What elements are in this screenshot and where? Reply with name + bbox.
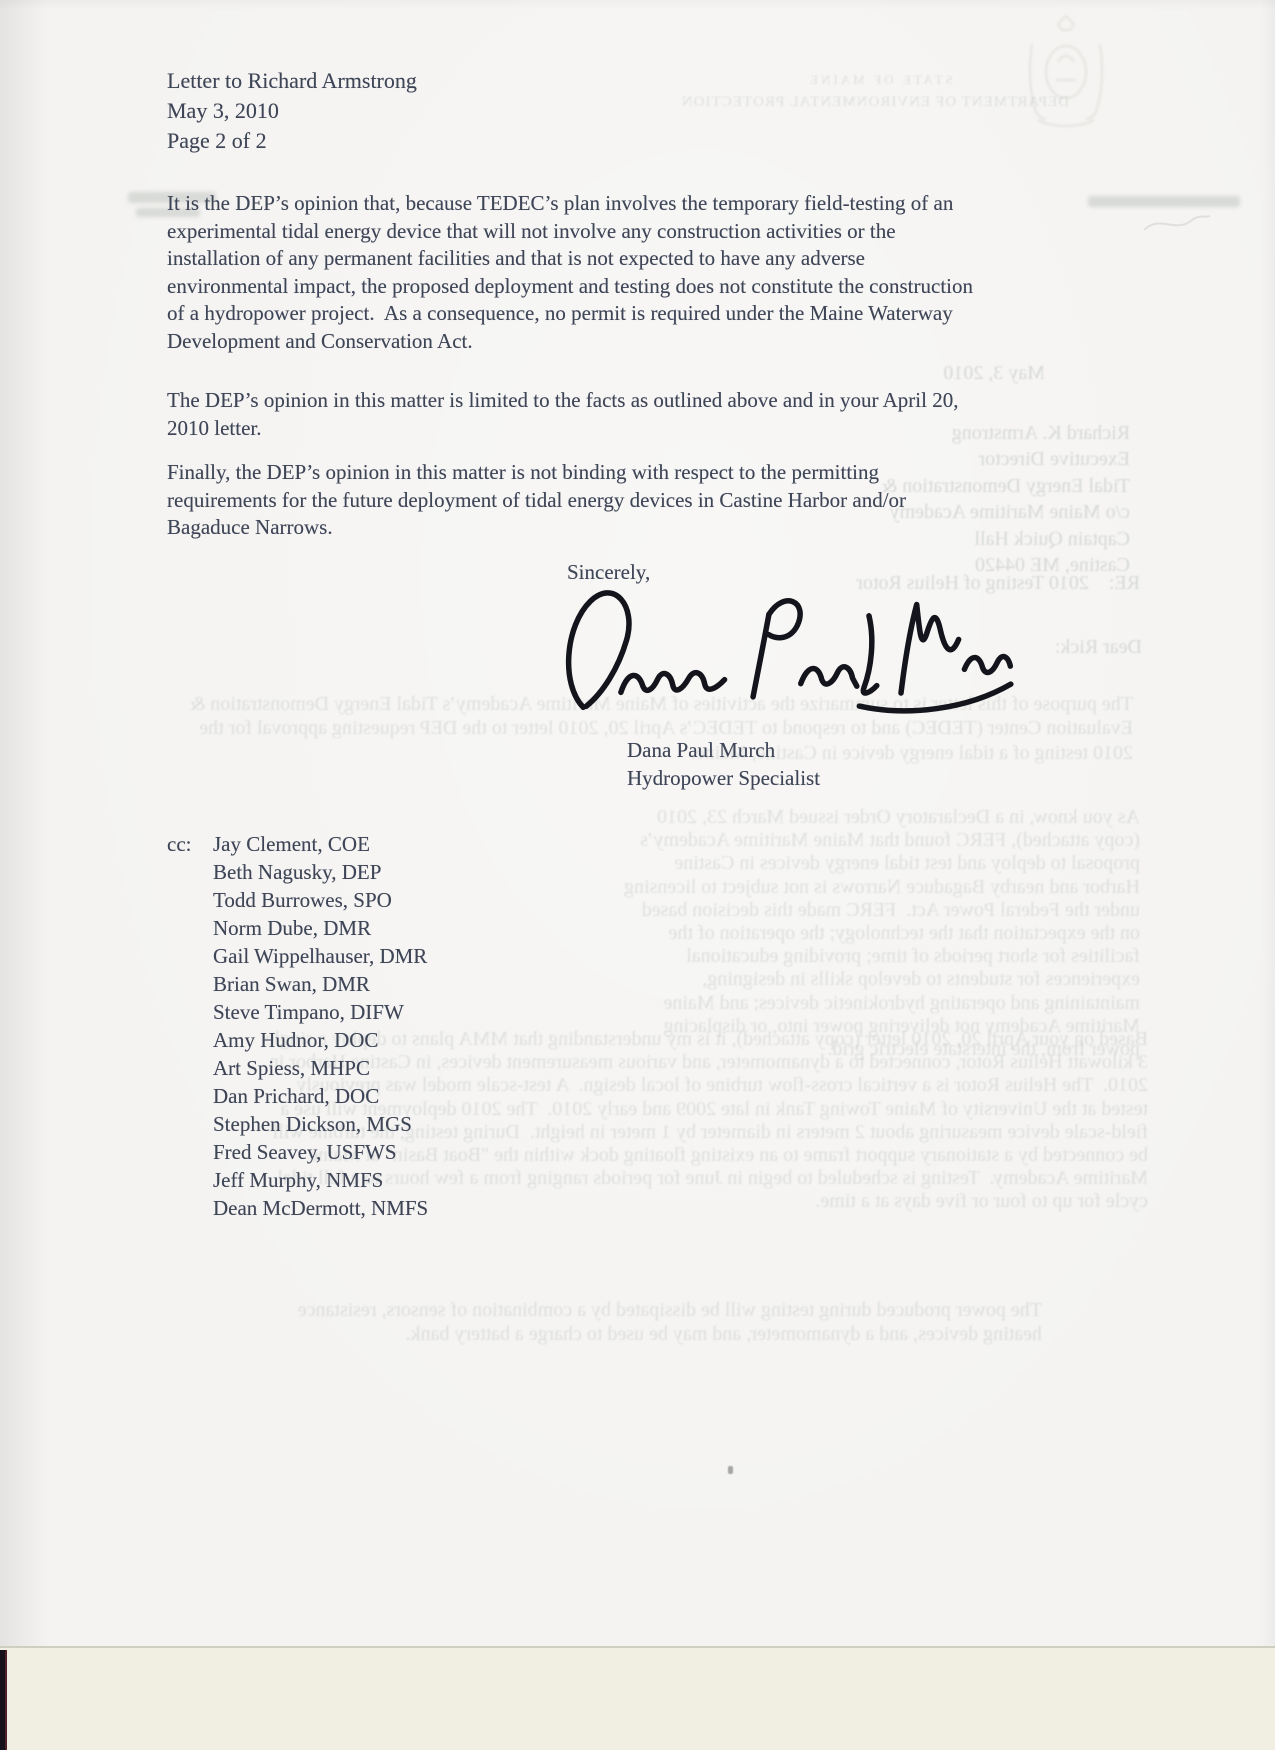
paragraph-opinion: It is the DEP’s opinion that, because TE… xyxy=(167,190,983,356)
cc-label: cc: xyxy=(167,830,191,858)
handwritten-signature xyxy=(556,576,1016,736)
cc-recipient: Norm Dube, DMR xyxy=(213,914,371,942)
cc-recipient: Amy Hudnor, DOC xyxy=(213,1026,378,1054)
cc-recipient: Dan Prichard, DOC xyxy=(213,1082,379,1110)
typed-signer-name: Dana Paul Murch xyxy=(627,738,775,763)
bleedthrough-squiggle xyxy=(1142,210,1212,236)
scanned-letter-page: STATE OF MAINE DEPARTMENT OF ENVIRONMENT… xyxy=(0,0,1275,1750)
cc-recipient: Stephen Dickson, MGS xyxy=(213,1110,412,1138)
cc-recipient: Steve Timpano, DIFW xyxy=(213,998,404,1026)
cc-recipient: Art Spiess, MHPC xyxy=(213,1054,370,1082)
header-page-line: Page 2 of 2 xyxy=(167,126,267,156)
cc-recipient: Jeff Murphy, NMFS xyxy=(213,1166,383,1194)
bleedthrough-letterhead-state: STATE OF MAINE xyxy=(770,72,990,88)
paragraph-not-binding: Finally, the DEP’s opinion in this matte… xyxy=(167,459,983,542)
cc-recipient: Fred Seavey, USFWS xyxy=(213,1138,397,1166)
cc-recipient: Brian Swan, DMR xyxy=(213,970,370,998)
cc-recipient: Dean McDermott, NMFS xyxy=(213,1194,428,1222)
cc-recipient: Todd Burrowes, SPO xyxy=(213,886,392,914)
scanner-bed xyxy=(0,1646,1275,1750)
cc-recipient: Beth Nagusky, DEP xyxy=(213,858,381,886)
header-recipient-line: Letter to Richard Armstrong xyxy=(167,66,417,96)
typed-signer-title: Hydropower Specialist xyxy=(627,766,820,791)
bleedthrough-salutation: Dear Rick: xyxy=(1042,636,1142,659)
bleedthrough-smudge-right xyxy=(1088,196,1240,207)
bleedthrough-date: May 3, 2010 xyxy=(935,362,1045,385)
cc-recipient: Gail Wippelhauser, DMR xyxy=(213,942,427,970)
scan-speck xyxy=(728,1466,733,1474)
paragraph-limited: The DEP’s opinion in this matter is limi… xyxy=(167,387,983,442)
closing-salutation: Sincerely, xyxy=(567,560,650,585)
header-date-line: May 3, 2010 xyxy=(167,96,279,126)
cc-recipient: Jay Clement, COE xyxy=(213,830,370,858)
scan-edge-maroon-strip xyxy=(5,1650,7,1750)
maine-state-seal-ghost-icon xyxy=(1018,14,1114,130)
bleedthrough-ferc-paragraph: As you know, in a Declaratory Order issu… xyxy=(620,806,1140,1061)
bleedthrough-power-paragraph: The power produced during testing will b… xyxy=(250,1298,1042,1346)
